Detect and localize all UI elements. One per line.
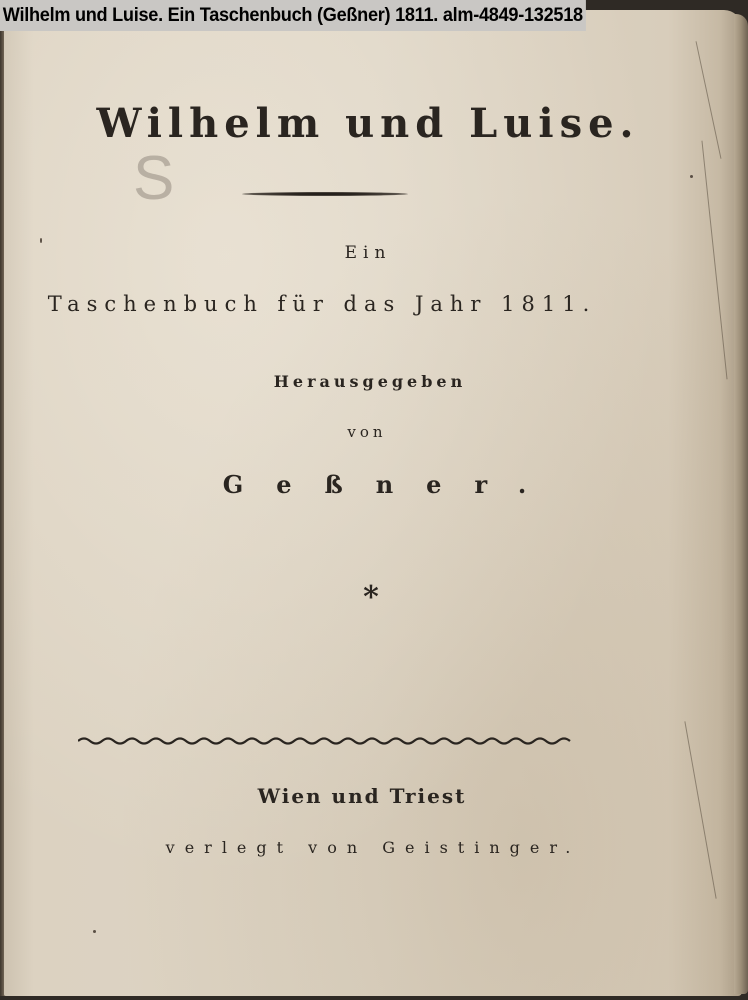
- library-stamp: S: [133, 148, 174, 210]
- paper-speck: [93, 930, 96, 933]
- von-label: von: [0, 423, 741, 441]
- paper-speck: [690, 175, 693, 178]
- author-name: Geßner.: [17, 470, 748, 499]
- subtitle: Taschenbuch für das Jahr 1811.: [0, 292, 696, 316]
- publisher-line: verlegt von Geistinger.: [0, 838, 747, 857]
- book-title: Wilhelm und Luise.: [0, 100, 742, 147]
- line-ein: Ein: [0, 243, 742, 263]
- publication-place: Wien und Triest: [0, 784, 736, 808]
- edited-by-label: Herausgegeben: [0, 372, 744, 391]
- wavy-rule-ornament: [78, 732, 576, 744]
- title-rule-divider: [242, 192, 408, 196]
- image-caption-label: Wilhelm und Luise. Ein Taschenbuch (Geßn…: [0, 0, 586, 31]
- asterisk-ornament: *: [0, 583, 745, 613]
